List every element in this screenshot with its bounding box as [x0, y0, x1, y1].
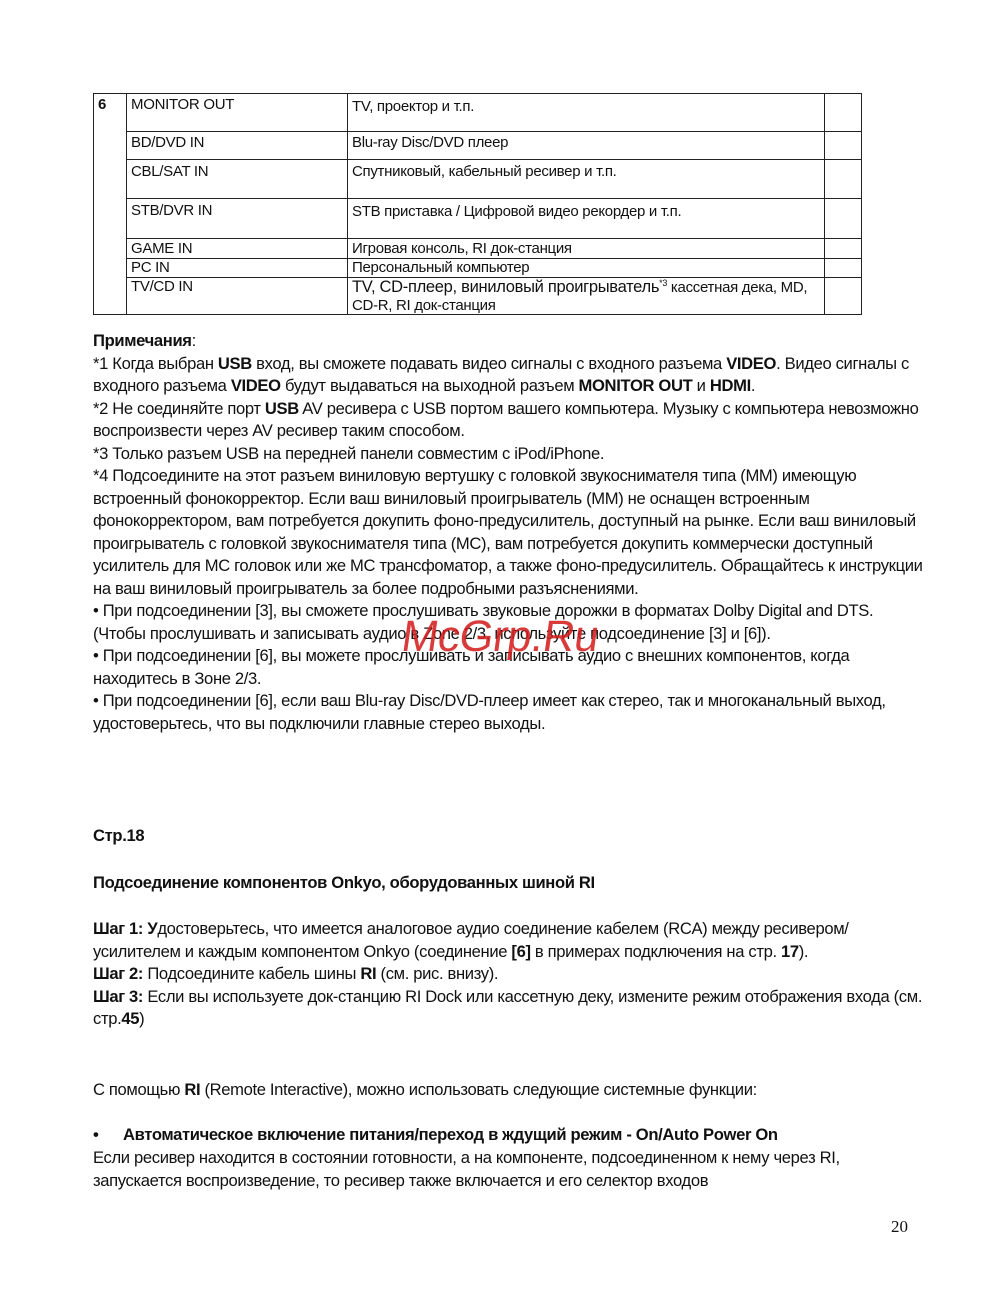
table-row: TV/CD IN TV, CD-плеер, виниловый проигры…: [94, 278, 862, 315]
empty-cell: [825, 199, 862, 239]
page-reference: Стр.18: [93, 825, 923, 848]
table-row: BD/DVD IN Blu-ray Disc/DVD плеер: [94, 132, 862, 160]
connector-description: Blu-ray Disc/DVD плеер: [348, 132, 825, 160]
empty-cell: [825, 278, 862, 315]
note-4: *4 Подсоедините на этот разъем виниловую…: [93, 465, 923, 600]
bullet-icon: •: [93, 1124, 123, 1147]
connector-description: STB приставка / Цифровой видео рекордер …: [348, 199, 825, 239]
connector-description: Игровая консоль, RI док-станция: [348, 239, 825, 259]
connector-description: Персональный компьютер: [348, 259, 825, 278]
note-bullet: • При подсоединении [3], вы сможете прос…: [93, 600, 923, 645]
table-row: CBL/SAT IN Спутниковый, кабельный ресиве…: [94, 160, 862, 199]
note-1: *1 Когда выбран USB вход, вы сможете под…: [93, 353, 923, 398]
table-row: STB/DVR IN STB приставка / Цифровой виде…: [94, 199, 862, 239]
step-2: Шаг 2: Подсоедините кабель шины RI (см. …: [93, 963, 923, 986]
connector-name: STB/DVR IN: [127, 199, 348, 239]
connector-name: PC IN: [127, 259, 348, 278]
empty-cell: [825, 160, 862, 199]
connector-description: TV, CD-плеер, виниловый проигрыватель*3 …: [348, 278, 825, 315]
note-bullet: • При подсоединении [6], вы можете просл…: [93, 645, 923, 690]
connector-name: TV/CD IN: [127, 278, 348, 315]
connector-table: 6 MONITOR OUT TV, проектор и т.п. BD/DVD…: [93, 93, 862, 315]
footnote-ref: *3: [659, 278, 667, 288]
note-bullet: • При подсоединении [6], если ваш Blu-ra…: [93, 690, 923, 735]
connector-name: MONITOR OUT: [127, 94, 348, 132]
section-heading: Подсоединение компонентов Onkyo, оборудо…: [93, 872, 923, 895]
group-number: 6: [94, 94, 127, 315]
feature-body: Если ресивер находится в состоянии готов…: [93, 1147, 923, 1192]
feature-title: •Автоматическое включение питания/перехо…: [93, 1124, 923, 1147]
page-number: 20: [891, 1217, 908, 1237]
table-row: GAME IN Игровая консоль, RI док-станция: [94, 239, 862, 259]
connector-name: GAME IN: [127, 239, 348, 259]
steps-section: Шаг 1: Удостоверьтесь, что имеется анало…: [93, 918, 923, 1031]
empty-cell: [825, 239, 862, 259]
notes-title: Примечания:: [93, 330, 923, 353]
empty-cell: [825, 94, 862, 132]
table-row: PC IN Персональный компьютер: [94, 259, 862, 278]
connector-name: BD/DVD IN: [127, 132, 348, 160]
step-1: Шаг 1: Удостоверьтесь, что имеется анало…: [93, 918, 923, 963]
empty-cell: [825, 132, 862, 160]
table-row: 6 MONITOR OUT TV, проектор и т.п.: [94, 94, 862, 132]
connector-description: TV, проектор и т.п.: [348, 94, 825, 132]
connector-description: Спутниковый, кабельный ресивер и т.п.: [348, 160, 825, 199]
step-3: Шаг 3: Если вы используете док-станцию R…: [93, 986, 923, 1031]
empty-cell: [825, 259, 862, 278]
notes-section: Примечания: *1 Когда выбран USB вход, вы…: [93, 330, 923, 735]
note-3: *3 Только разъем USB на передней панели …: [93, 443, 923, 466]
note-2: *2 Не соединяйте порт USB AV ресивера с …: [93, 398, 923, 443]
document-page: 6 MONITOR OUT TV, проектор и т.п. BD/DVD…: [0, 0, 1000, 1294]
connector-name: CBL/SAT IN: [127, 160, 348, 199]
ri-intro: С помощью RI (Remote Interactive), можно…: [93, 1079, 923, 1102]
